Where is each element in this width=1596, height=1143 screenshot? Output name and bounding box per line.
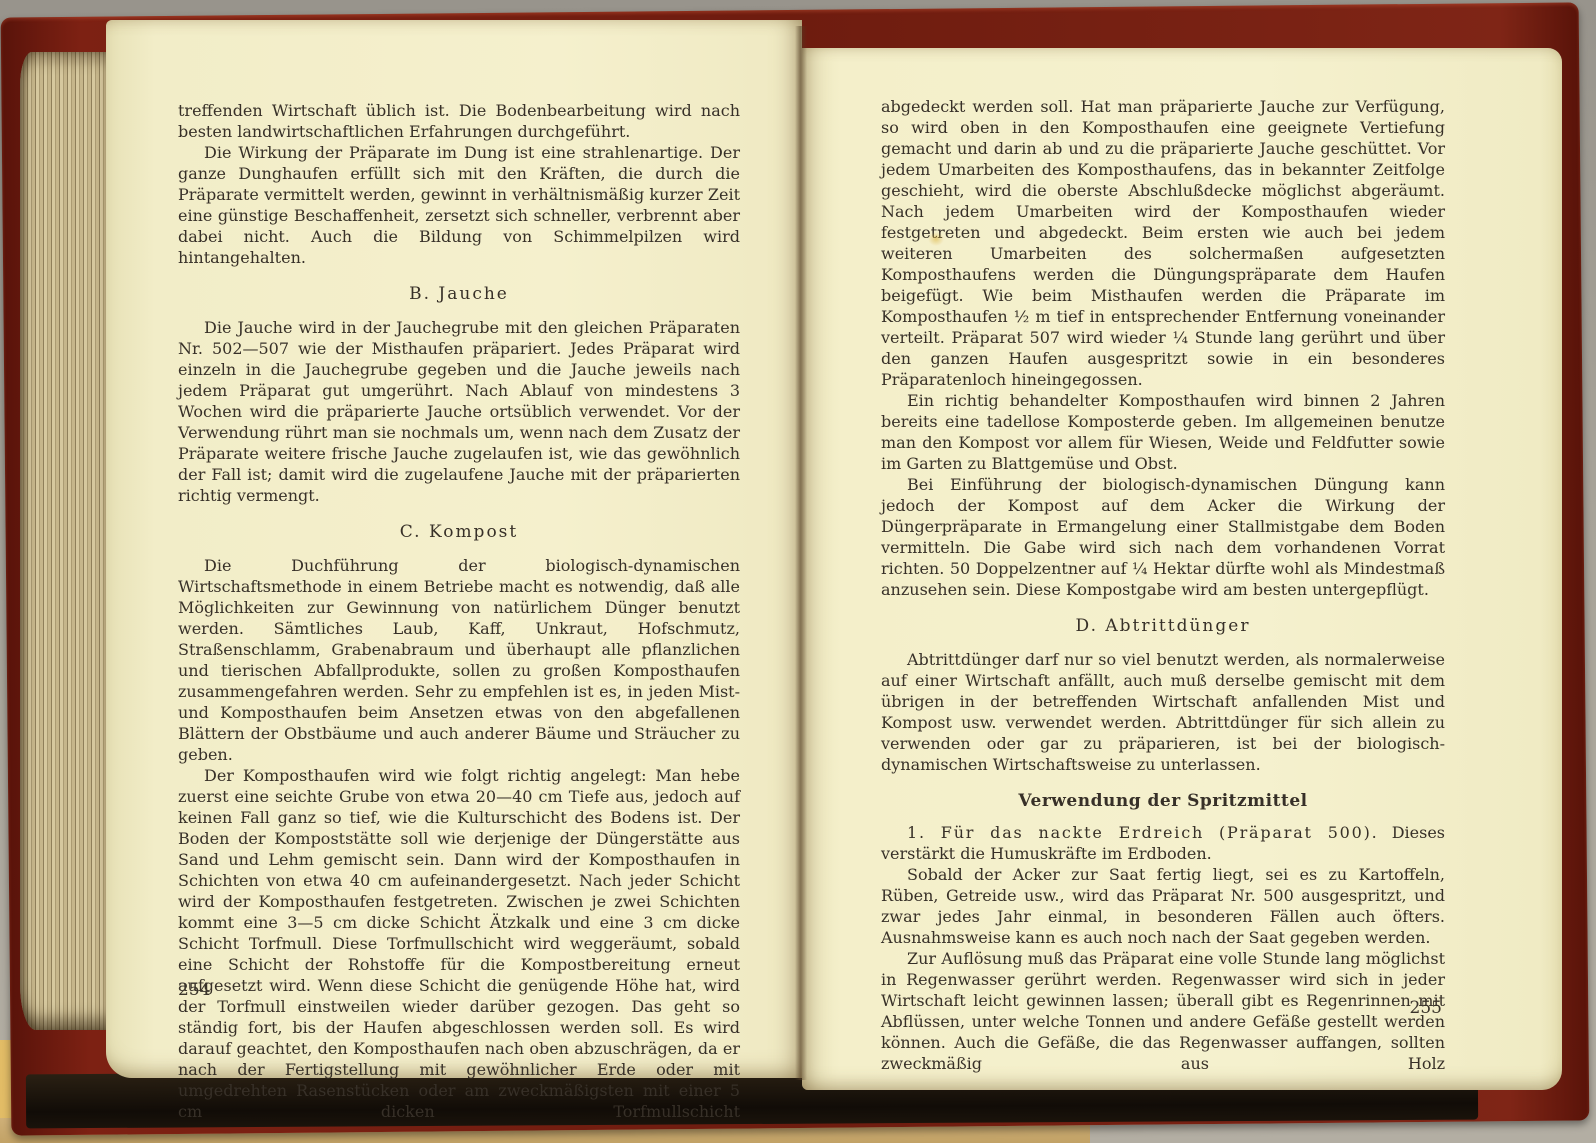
right-page: abgedeckt werden soll. Hat man präparier… — [802, 48, 1562, 1090]
paragraph-jauche: Die Jauche wird in der Jauchegrube mit d… — [178, 317, 740, 506]
right-page-text: abgedeckt werden soll. Hat man präparier… — [802, 48, 1562, 1074]
paragraph-abtrittduenger: Abtrittdünger darf nur so viel benutzt w… — [881, 649, 1445, 775]
gutter-shadow — [795, 26, 807, 1080]
page-edge-stack — [20, 52, 112, 1030]
page-stain — [928, 232, 944, 246]
paragraph-nacktes-erdreich: 1. Für das nackte Erdreich (Präparat 500… — [881, 822, 1445, 864]
paragraph-lead-praeparat-500: 1. Für das nackte Erdreich (Präparat 500… — [907, 823, 1379, 842]
paragraph-kompost-einleitung: Die Duchführung der biologisch-dynamisch… — [178, 555, 740, 765]
paragraph-continuation: treffenden Wirtschaft üblich ist. Die Bo… — [178, 100, 740, 142]
paragraph-continuation-abdeckung: abgedeckt werden soll. Hat man präparier… — [881, 96, 1445, 390]
left-page: treffenden Wirtschaft üblich ist. Die Bo… — [106, 20, 802, 1078]
heading-abtrittduenger: D. Abtrittdünger — [881, 616, 1445, 637]
book-scan-photo: { "document": { "left_page": { "page_num… — [0, 0, 1596, 1143]
paragraph-komposthaufen-anlage: Der Komposthaufen wird wie folgt richtig… — [178, 765, 740, 1122]
page-number-left: 254 — [178, 980, 210, 1000]
paragraph-aufloesung: Zur Auflösung muß das Präparat eine voll… — [881, 948, 1445, 1074]
paragraph-saat: Sobald der Acker zur Saat fertig liegt, … — [881, 864, 1445, 948]
heading-spritzmittel: Verwendung der Spritzmittel — [881, 791, 1445, 812]
paragraph-komposterde: Ein richtig behandelter Komposthaufen wi… — [881, 390, 1445, 474]
page-number-right: 255 — [1410, 998, 1442, 1018]
paragraph-kompostgabe: Bei Einführung der biologisch-dynamische… — [881, 474, 1445, 600]
left-page-text: treffenden Wirtschaft üblich ist. Die Bo… — [106, 20, 802, 1122]
heading-kompost: C. Kompost — [178, 522, 740, 543]
paragraph-dung-wirkung: Die Wirkung der Präparate im Dung ist ei… — [178, 142, 740, 268]
heading-jauche: B. Jauche — [178, 284, 740, 305]
